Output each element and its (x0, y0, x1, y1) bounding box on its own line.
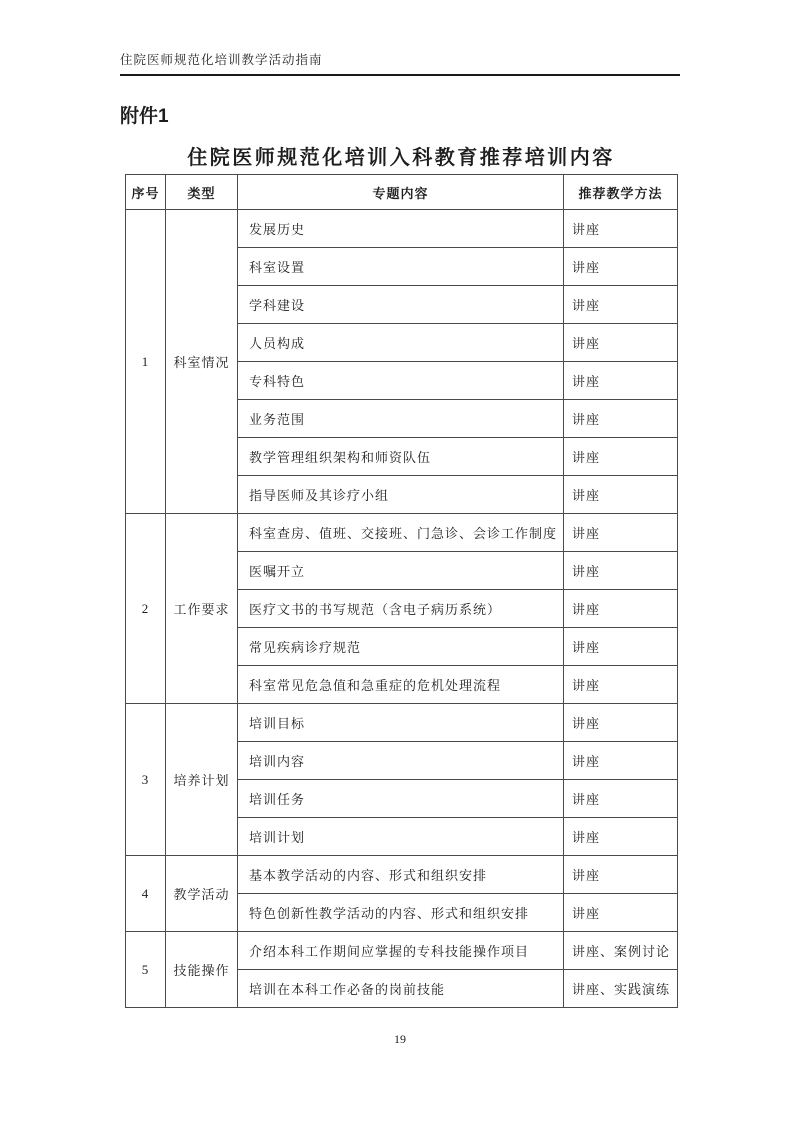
topic-cell: 培训任务 (238, 780, 564, 818)
method-cell: 讲座 (564, 552, 678, 590)
method-cell: 讲座 (564, 324, 678, 362)
topic-cell: 介绍本科工作期间应掌握的专科技能操作项目 (238, 932, 564, 970)
column-header-3: 推荐教学方法 (564, 175, 678, 210)
column-header-0: 序号 (126, 175, 166, 210)
topic-cell: 学科建设 (238, 286, 564, 324)
topic-cell: 发展历史 (238, 210, 564, 248)
category-cell: 技能操作 (166, 932, 238, 1008)
method-cell: 讲座 (564, 818, 678, 856)
topic-cell: 教学管理组织架构和师资队伍 (238, 438, 564, 476)
method-cell: 讲座 (564, 856, 678, 894)
method-cell: 讲座 (564, 438, 678, 476)
topic-cell: 培训在本科工作必备的岗前技能 (238, 970, 564, 1008)
method-cell: 讲座 (564, 362, 678, 400)
method-cell: 讲座 (564, 780, 678, 818)
row-number-cell: 4 (126, 856, 166, 932)
topic-cell: 人员构成 (238, 324, 564, 362)
table-row: 1科室情况发展历史讲座 (126, 210, 678, 248)
topic-cell: 基本教学活动的内容、形式和组织安排 (238, 856, 564, 894)
page-number: 19 (0, 1032, 800, 1047)
row-number-cell: 2 (126, 514, 166, 704)
method-cell: 讲座 (564, 400, 678, 438)
row-number-cell: 5 (126, 932, 166, 1008)
category-cell: 工作要求 (166, 514, 238, 704)
method-cell: 讲座 (564, 590, 678, 628)
topic-cell: 特色创新性教学活动的内容、形式和组织安排 (238, 894, 564, 932)
table-header-row: 序号类型专题内容推荐教学方法 (126, 175, 678, 210)
topic-cell: 医疗文书的书写规范（含电子病历系统） (238, 590, 564, 628)
method-cell: 讲座 (564, 894, 678, 932)
row-number-cell: 1 (126, 210, 166, 514)
topic-cell: 培训内容 (238, 742, 564, 780)
topic-cell: 科室常见危急值和急重症的危机处理流程 (238, 666, 564, 704)
table-row: 4教学活动基本教学活动的内容、形式和组织安排讲座 (126, 856, 678, 894)
running-header: 住院医师规范化培训教学活动指南 (120, 50, 680, 76)
topic-cell: 科室查房、值班、交接班、门急诊、会诊工作制度 (238, 514, 564, 552)
method-cell: 讲座 (564, 704, 678, 742)
page-title: 住院医师规范化培训入科教育推荐培训内容 (125, 141, 677, 170)
method-cell: 讲座 (564, 514, 678, 552)
table-row: 5技能操作介绍本科工作期间应掌握的专科技能操作项目讲座、案例讨论 (126, 932, 678, 970)
method-cell: 讲座 (564, 210, 678, 248)
method-cell: 讲座 (564, 666, 678, 704)
table-body: 1科室情况发展历史讲座科室设置讲座学科建设讲座人员构成讲座专科特色讲座业务范围讲… (126, 210, 678, 1008)
topic-cell: 常见疾病诊疗规范 (238, 628, 564, 666)
table-row: 3培养计划培训目标讲座 (126, 704, 678, 742)
column-header-2: 专题内容 (238, 175, 564, 210)
category-cell: 科室情况 (166, 210, 238, 514)
topic-cell: 科室设置 (238, 248, 564, 286)
column-header-1: 类型 (166, 175, 238, 210)
table-row: 2工作要求科室查房、值班、交接班、门急诊、会诊工作制度讲座 (126, 514, 678, 552)
method-cell: 讲座、案例讨论 (564, 932, 678, 970)
topic-cell: 业务范围 (238, 400, 564, 438)
method-cell: 讲座 (564, 742, 678, 780)
topic-cell: 培训计划 (238, 818, 564, 856)
method-cell: 讲座 (564, 476, 678, 514)
row-number-cell: 3 (126, 704, 166, 856)
method-cell: 讲座 (564, 248, 678, 286)
method-cell: 讲座、实践演练 (564, 970, 678, 1008)
category-cell: 教学活动 (166, 856, 238, 932)
topic-cell: 指导医师及其诊疗小组 (238, 476, 564, 514)
method-cell: 讲座 (564, 286, 678, 324)
method-cell: 讲座 (564, 628, 678, 666)
topic-cell: 专科特色 (238, 362, 564, 400)
category-cell: 培养计划 (166, 704, 238, 856)
topic-cell: 医嘱开立 (238, 552, 564, 590)
topic-cell: 培训目标 (238, 704, 564, 742)
attachment-label: 附件1 (120, 101, 169, 128)
training-content-table: 序号类型专题内容推荐教学方法 1科室情况发展历史讲座科室设置讲座学科建设讲座人员… (125, 174, 678, 1008)
